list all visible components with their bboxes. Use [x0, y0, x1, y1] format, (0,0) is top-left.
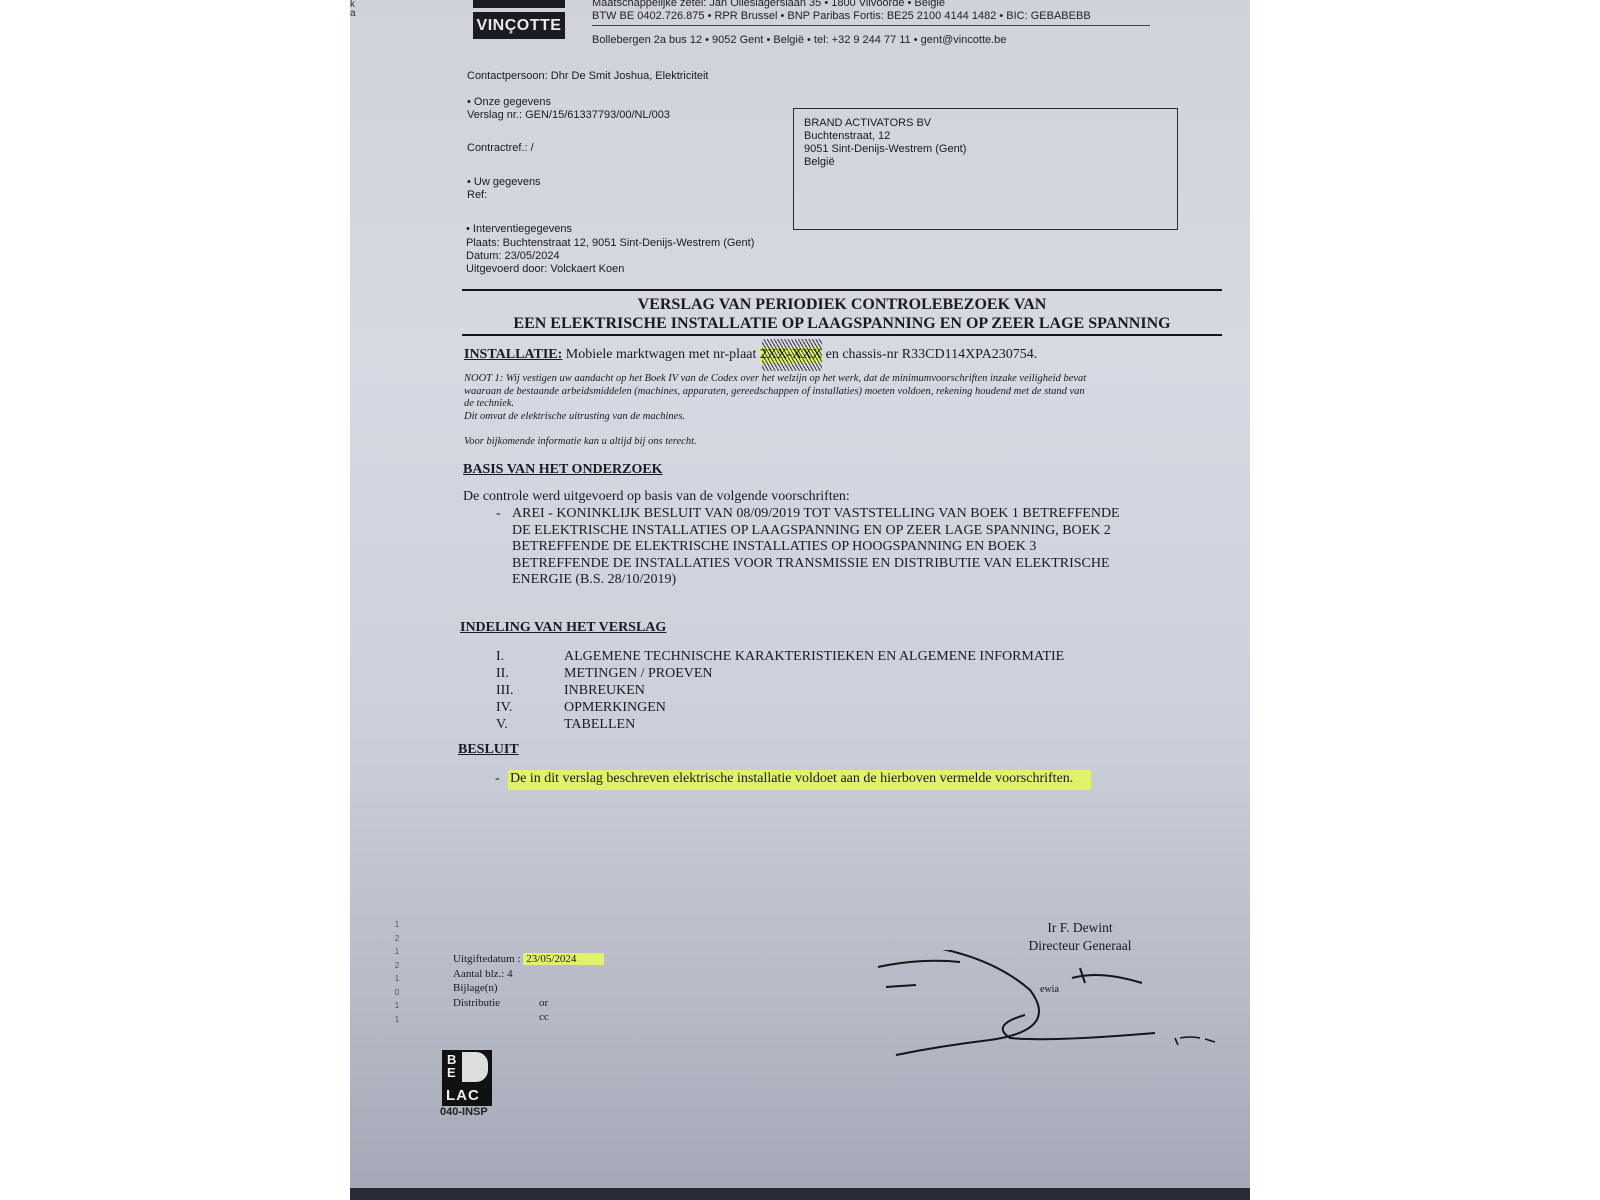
issue-details: Uitgiftedatum : 23/05/2024 Aantal blz.: … — [453, 952, 604, 1025]
report-outline-heading: INDELING VAN HET VERSLAG — [460, 620, 666, 636]
basis-heading: BASIS VAN HET ONDERZOEK — [463, 462, 663, 478]
issue-date-label: Uitgiftedatum : — [453, 953, 521, 965]
installation-description: Mobiele marktwagen met nr-plaat — [566, 347, 757, 362]
outline-item: V.TABELLEN — [496, 716, 1064, 733]
note-line: waaraan de bestaande arbeidsmiddelen (ma… — [464, 386, 1184, 399]
outline-item: III.INBREUKEN — [496, 682, 1064, 699]
intervention-location: Plaats: Buchtenstraat 12, 9051 Sint-Deni… — [466, 237, 754, 250]
signature: ewia — [860, 950, 1240, 1070]
conclusion-bullet: - — [495, 771, 500, 787]
installation-line: INSTALLATIE: Mobiele marktwagen met nr-p… — [464, 347, 1037, 363]
page-count: Aantal blz.: 4 — [453, 967, 604, 982]
report-title-line2: EEN ELEKTRISCHE INSTALLATIE OP LAAGSPANN… — [462, 314, 1222, 333]
performed-by: Uitgevoerd door: Volckaert Koen — [466, 263, 624, 276]
your-details-heading: • Uw gegevens — [467, 176, 541, 189]
basis-intro: De controle werd uitgevoerd op basis van… — [463, 489, 850, 505]
recipient-street: Buchtenstraat, 12 — [804, 130, 1167, 143]
your-reference: Ref: — [467, 189, 487, 202]
margin-marks: 12121011 — [392, 918, 402, 1026]
company-registered-office: Maatschappelijke zetel: Jan Olieslagersl… — [592, 0, 945, 9]
recipient-address-box: BRAND ACTIVATORS BV Buchtenstraat, 12 90… — [793, 108, 1178, 230]
report-title-line1: VERSLAG VAN PERIODIEK CONTROLEBEZOEK VAN — [462, 295, 1222, 314]
belac-lac: LAC — [446, 1087, 480, 1104]
report-number: Verslag nr.: GEN/15/61337793/00/NL/003 — [467, 109, 670, 122]
recipient-name: BRAND ACTIVATORS BV — [804, 117, 1167, 130]
edge-mark: ka — [350, 0, 356, 18]
note-line: NOOT 1: Wij vestigen uw aandacht op het … — [464, 373, 1184, 386]
intervention-heading: • Interventiegegevens — [466, 223, 572, 236]
installation-label: INSTALLATIE: — [464, 347, 562, 362]
regulation-line: AREI - KONINKLIJK BESLUIT VAN 08/09/2019… — [512, 506, 1120, 523]
regulation-line: ENERGIE (B.S. 28/10/2019) — [512, 572, 1120, 589]
distribution-or: or — [539, 996, 548, 1011]
note-block: NOOT 1: Wij vestigen uw aandacht op het … — [464, 373, 1184, 449]
document-page: ka VINÇOTTE Maatschappelijke zetel: Jan … — [350, 0, 1250, 1200]
distribution-cc: cc — [453, 1010, 604, 1025]
license-plate-redacted: 2XX-XXX — [760, 347, 822, 363]
conclusion-heading: BESLUIT — [458, 742, 519, 758]
recipient-country: België — [804, 156, 1167, 169]
outline-item: II.METINGEN / PROEVEN — [496, 665, 1064, 682]
company-registration: BTW BE 0402.726.875 • RPR Brussel • BNP … — [592, 10, 1091, 22]
attachments: Bijlage(n) — [453, 981, 604, 996]
logo-mark — [473, 0, 565, 8]
svg-text:ewia: ewia — [1040, 984, 1059, 995]
vincotte-logo: VINÇOTTE — [473, 12, 565, 39]
belac-accreditation-code: 040-INSP — [440, 1106, 488, 1118]
basis-bullet: - — [496, 506, 501, 522]
regulation-line: DE ELEKTRISCHE INSTALLATIES OP LAAGSPANN… — [512, 523, 1120, 540]
regulation-line: BETREFFENDE DE ELEKTRISCHE INSTALLATIES … — [512, 539, 1120, 556]
issue-date-value: 23/05/2024 — [523, 953, 604, 965]
intervention-date: Datum: 23/05/2024 — [466, 250, 560, 263]
basis-regulation: AREI - KONINKLIJK BESLUIT VAN 08/09/2019… — [512, 506, 1120, 589]
office-address: Bollebergen 2a bus 12 • 9052 Gent • Belg… — [592, 34, 1006, 46]
conclusion-text: De in dit verslag beschreven elektrische… — [508, 770, 1091, 790]
signatory-name: Ir F. Dewint — [950, 919, 1210, 937]
title-rule-top — [462, 289, 1222, 291]
note-line: de techniek. — [464, 398, 1184, 411]
chassis-number: en chassis-nr R33CD114XPA230754. — [826, 347, 1038, 362]
outline-item: I.ALGEMENE TECHNISCHE KARAKTERISTIEKEN E… — [496, 648, 1064, 665]
distribution-label: Distributie — [453, 996, 539, 1011]
title-rule-bottom — [462, 334, 1222, 336]
note-line: Voor bijkomende informatie kan u altijd … — [464, 436, 1184, 449]
belac-logo: BE LAC — [442, 1050, 492, 1106]
regulation-line: BETREFFENDE DE INSTALLATIES VOOR TRANSMI… — [512, 556, 1120, 573]
outline-item: IV.OPMERKINGEN — [496, 699, 1064, 716]
recipient-city: 9051 Sint-Denijs-Westrem (Gent) — [804, 143, 1167, 156]
contact-person: Contactpersoon: Dhr De Smit Joshua, Elek… — [467, 70, 709, 83]
contract-reference: Contractref.: / — [467, 142, 534, 155]
our-details-heading: • Onze gegevens — [467, 96, 551, 109]
note-line: Dit omvat de elektrische uitrusting van … — [464, 411, 1184, 424]
header-divider — [592, 25, 1150, 26]
report-outline-list: I.ALGEMENE TECHNISCHE KARAKTERISTIEKEN E… — [496, 648, 1064, 733]
